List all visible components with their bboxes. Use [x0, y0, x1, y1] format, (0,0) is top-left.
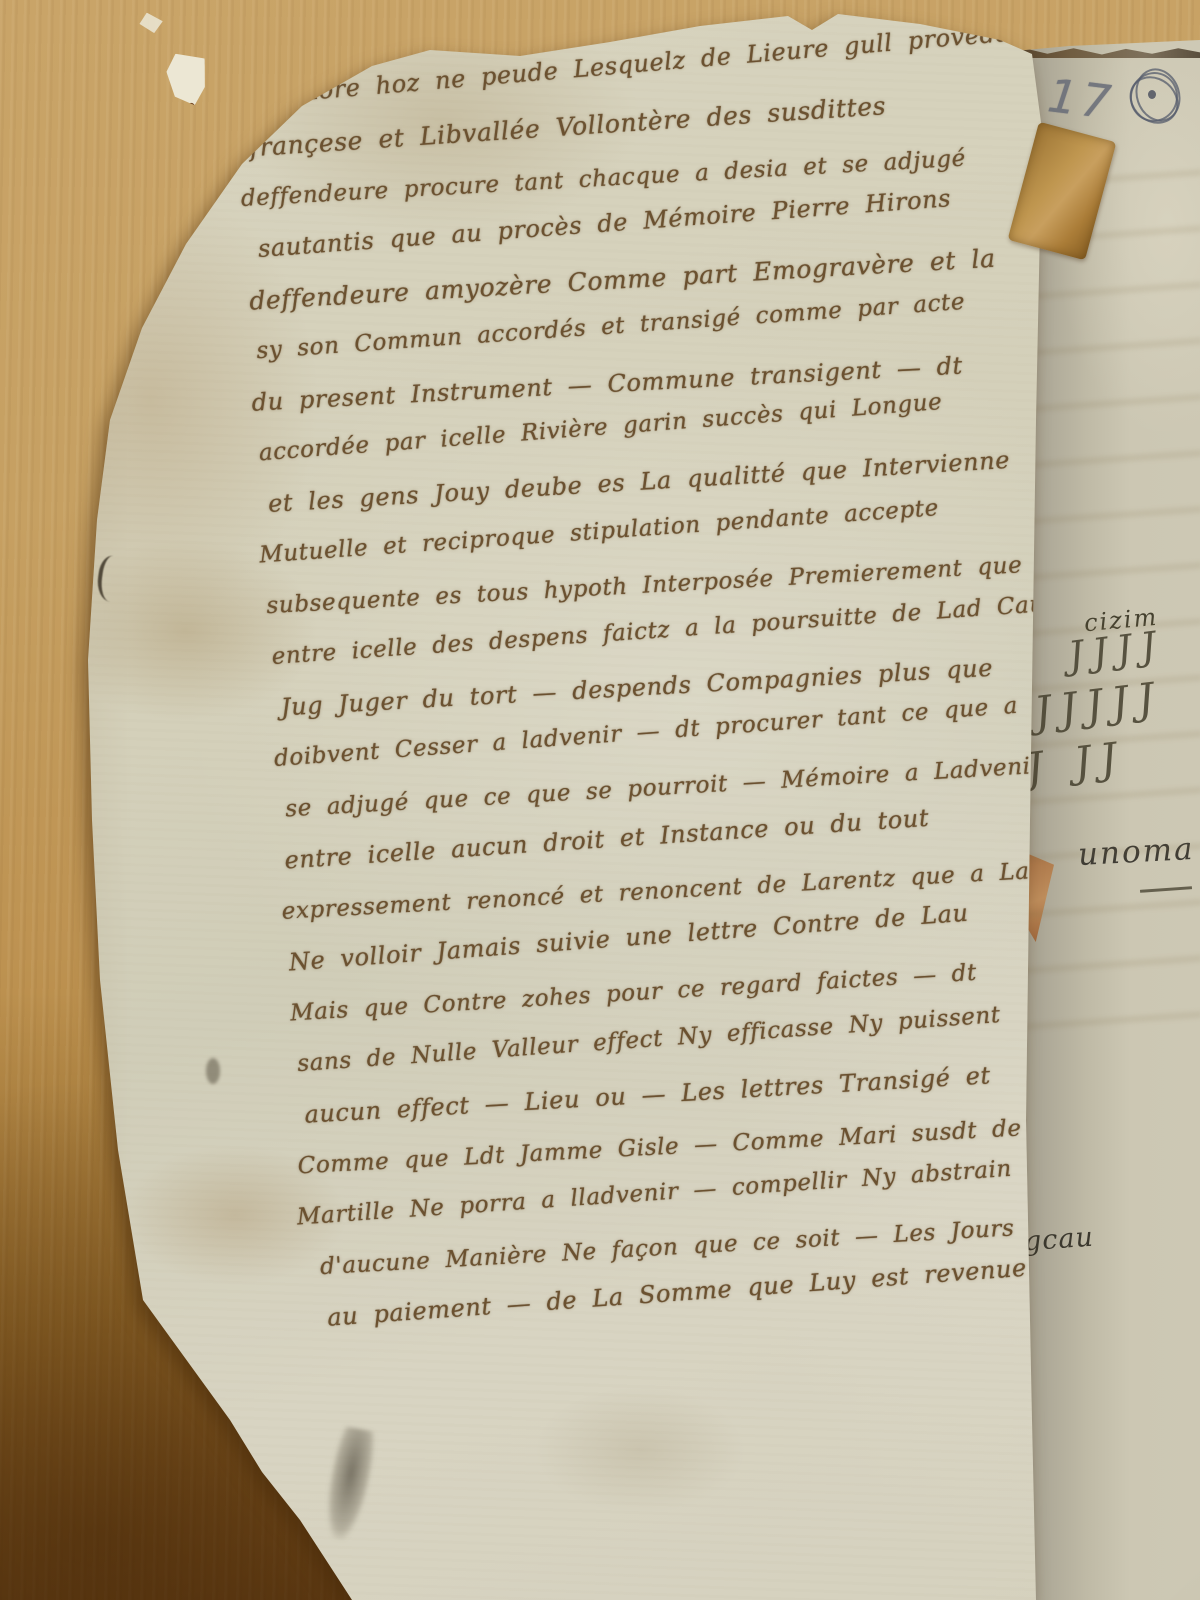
manuscript-line: Jug Juger du tort — despends Compagnies …: [280, 637, 1091, 733]
manuscript-line: Martille Ne porra a lladvenir — compelli…: [295, 1136, 1122, 1243]
manuscript-line: accordée par icelle Rivière garin succès…: [257, 367, 1074, 479]
manuscript-line: Ne volloir Jamais suivie une lettre Cont…: [287, 878, 1106, 989]
manuscript-line: françese et Libvallée Vollontère des sus…: [248, 69, 1055, 173]
manuscript-line: sans de Nulle Valleur effect Ny efficass…: [296, 982, 1113, 1090]
manuscript-line: subsequente es tous hypoth Interposée Pr…: [265, 537, 1084, 632]
manuscript-line: au paiement — de La Somme que Luy est re…: [326, 1236, 1129, 1344]
manuscript-line: du present Instrument — Commune transige…: [250, 335, 1071, 429]
ink-smudge: [320, 1425, 379, 1542]
manuscript-line: expressement renoncé et renoncent de Lar…: [280, 842, 1103, 937]
manuscript-line: deffendeure amyozère Comme part Emogravè…: [248, 229, 1065, 327]
manuscript-line: homore hoz ne peude Lesquelz de Lieure g…: [262, 5, 1051, 122]
edge-stain-fleck: [206, 1058, 220, 1084]
manuscript-line: se adjugé que ce que se pourroit — Mémoi…: [284, 738, 1097, 836]
edge-ink-fleck: [95, 554, 131, 604]
manuscript-line: Mais que Contre zohes pour ce regard fai…: [289, 940, 1110, 1039]
manuscript-line: et les gens Jouy deube es La qualitté qu…: [267, 431, 1078, 530]
manuscript-line: sautantis que au procès de Mémoire Pierr…: [256, 165, 1061, 275]
manuscript-line: Comme que Ldt Jamme Gisle — Comme Mari s…: [296, 1098, 1119, 1192]
manuscript-line: doibvent Cesser a ladvenir — dt procurer…: [272, 676, 1093, 785]
manuscript-photo: 17 cizim JJJJ JJJJJ J JJ unoma gcau homo…: [0, 0, 1200, 1600]
manuscript-line: sy son Commun accordés et transigé comme…: [255, 270, 1068, 377]
manuscript-line: aucun effect — Lieu ou — Les lettres Tra…: [303, 1043, 1116, 1141]
manuscript-text-block: homore hoz ne peude Lesquelz de Lieure g…: [205, 21, 1128, 1347]
manuscript-line: entre icelle des despens faictz a la pou…: [270, 577, 1087, 683]
manuscript-line: deffendeure procure tant chacque a desia…: [240, 128, 1059, 225]
manuscript-line: d'aucune Manière Ne façon que ce soit — …: [319, 1197, 1126, 1293]
manuscript-line: Mutuelle et reciproque stipulation penda…: [258, 473, 1081, 581]
manuscript-line: entre icelle aucun droit et Instance ou …: [283, 782, 1100, 887]
